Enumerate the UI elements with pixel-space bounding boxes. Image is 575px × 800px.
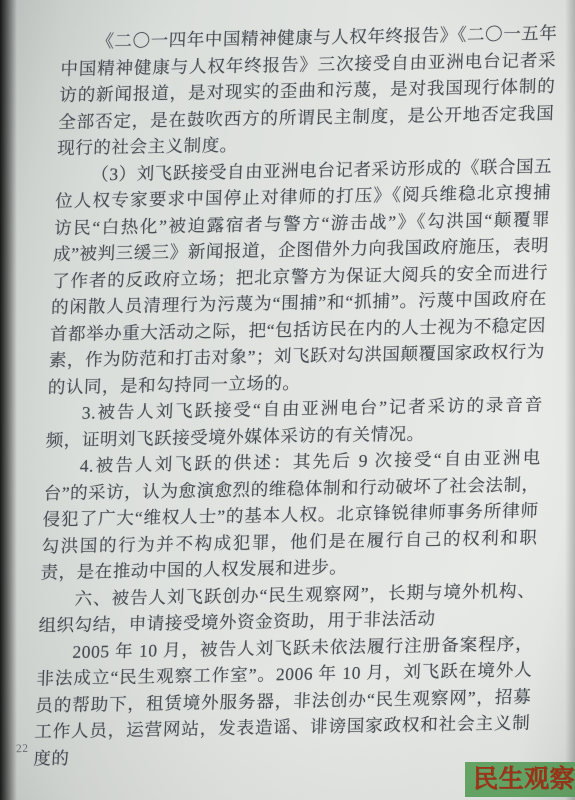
paragraph-evidence-4-confession: 4.被告人刘飞跃的供述：其先后 9 次接受“自由亚洲电台”的采访，认为愈演愈烈的… <box>40 444 541 586</box>
paragraph-evidence-3-audio: 3.被告人刘飞跃接受“自由亚洲电台”记者采访的录音音频，证明刘飞跃接受境外媒体采… <box>45 391 543 453</box>
document-page-photo: 《二〇一四年中国精神健康与人权年终报告》《二〇一五年中国精神健康与人权年终报告》… <box>0 0 575 800</box>
minsheng-watermark-stamp: 民生观察 <box>465 762 575 797</box>
page-text-block: 《二〇一四年中国精神健康与人权年终报告》《二〇一五年中国精神健康与人权年终报告》… <box>33 20 558 772</box>
paragraph-reports-continuation: 《二〇一四年中国精神健康与人权年终报告》《二〇一五年中国精神健康与人权年终报告》… <box>57 20 558 162</box>
page-number: 22 <box>16 743 29 755</box>
section-heading-six: 六、被告人刘飞跃创办“民生观察网”，长期与境外机构、组织勾结，申请接受境外资金资… <box>38 577 536 639</box>
paragraph-item-3-interviews: （3）刘飞跃接受自由亚洲电台记者采访形成的《联合国五位人权专家要求中国停止对律师… <box>47 153 552 401</box>
paragraph-website-founding: 2005 年 10 月，被告人刘飞跃未依法履行注册备案程序，非法成立“民生观察工… <box>33 630 534 772</box>
